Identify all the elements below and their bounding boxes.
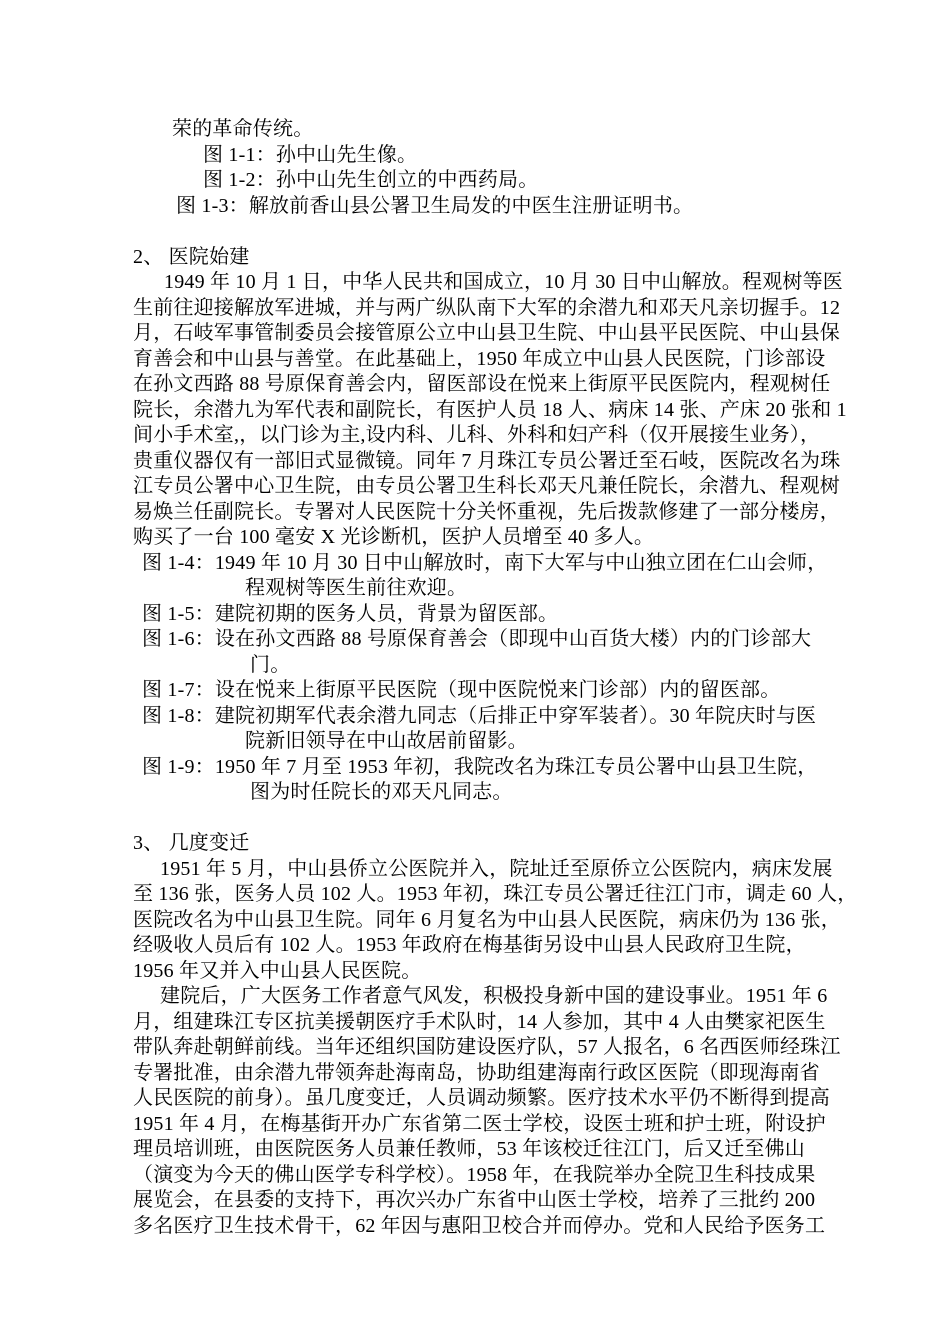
figure-caption-line: 图 1-2：孙中山先生创立的中西药局。 bbox=[133, 168, 823, 194]
figure-caption-line: 图 1-3：解放前香山县公署卫生局发的中医生注册证明书。 bbox=[133, 194, 823, 220]
body-text-line: 至 136 张，医务人员 102 人。1953 年初，珠江专员公署迁往江门市，调… bbox=[133, 882, 823, 908]
body-text-line: 1949 年 10 月 1 日，中华人民共和国成立，10 月 30 日中山解放。… bbox=[133, 270, 823, 296]
figure-caption-line: 图 1-6：设在孙文西路 88 号原保育善会（即现中山百货大楼）内的门诊部大 bbox=[133, 627, 823, 653]
body-text-line: 生前往迎接解放军进城，并与两广纵队南下大军的余潜九和邓天凡亲切握手。12 bbox=[133, 296, 823, 322]
figure-caption-line: 图 1-9：1950 年 7 月至 1953 年初，我院改名为珠江专员公署中山县… bbox=[133, 755, 823, 781]
section-heading: 3、 几度变迁 bbox=[133, 831, 823, 857]
figure-caption-continuation: 院新旧领导在中山故居前留影。 bbox=[133, 729, 823, 755]
body-text-line: 育善会和中山县与善堂。在此基础上，1950 年成立中山县人民医院，门诊部设 bbox=[133, 347, 823, 373]
body-text-line: 荣的革命传统。 bbox=[133, 117, 823, 143]
body-text-line: 带队奔赴朝鲜前线。当年还组织国防建设医疗队，57 人报名，6 名西医师经珠江 bbox=[133, 1035, 823, 1061]
blank-line bbox=[133, 806, 823, 832]
body-text-line: 江专员公署中心卫生院，由专员公署卫生科长邓天凡兼任院长，余潜九、程观树 bbox=[133, 474, 823, 500]
body-text-line: 建院后，广大医务工作者意气风发，积极投身新中国的建设事业。1951 年 6 bbox=[133, 984, 823, 1010]
blank-line bbox=[133, 219, 823, 245]
body-text-line: 理员培训班，由医院医务人员兼任教师，53 年该校迁往江门，后又迁至佛山 bbox=[133, 1137, 823, 1163]
body-text-line: 购买了一台 100 毫安 X 光诊断机，医护人员增至 40 多人。 bbox=[133, 525, 823, 551]
body-text-line: 1951 年 5 月，中山县侨立公医院并入，院址迁至原侨立公医院内，病床发展 bbox=[133, 857, 823, 883]
figure-caption-line: 图 1-7：设在悦来上街原平民医院（现中医院悦来门诊部）内的留医部。 bbox=[133, 678, 823, 704]
body-text-line: 经吸收人员后有 102 人。1953 年政府在梅基街另设中山县人民政府卫生院， bbox=[133, 933, 823, 959]
figure-caption-continuation: 门。 bbox=[133, 653, 823, 679]
body-text-line: 院长，余潜九为军代表和副院长，有医护人员 18 人、病床 14 张、产床 20 … bbox=[133, 398, 823, 424]
figure-caption-line: 图 1-1：孙中山先生像。 bbox=[133, 143, 823, 169]
body-text-line: 月，组建珠江专区抗美援朝医疗手术队时，14 人参加，其中 4 人由樊家祀医生 bbox=[133, 1010, 823, 1036]
body-text-line: 在孙文西路 88 号原保育善会内，留医部设在悦来上街原平民医院内，程观树任 bbox=[133, 372, 823, 398]
body-text-line: （演变为今天的佛山医学专科学校）。1958 年，在我院举办全院卫生科技成果 bbox=[133, 1163, 823, 1189]
figure-caption-line: 图 1-8：建院初期军代表余潜九同志（后排正中穿军装者）。30 年院庆时与医 bbox=[133, 704, 823, 730]
figure-caption-continuation: 图为时任院长的邓天凡同志。 bbox=[133, 780, 823, 806]
body-text-line: 月，石岐军事管制委员会接管原公立中山县卫生院、中山县平民医院、中山县保 bbox=[133, 321, 823, 347]
body-text-line: 多名医疗卫生技术骨干，62 年因与惠阳卫校合并而停办。党和人民给予医务工 bbox=[133, 1214, 823, 1240]
body-text-line: 1951 年 4 月，在梅基街开办广东省第二医士学校，设医士班和护士班，附设护 bbox=[133, 1112, 823, 1138]
body-text-line: 间小手术室,，以门诊为主,设内科、儿科、外科和妇产科（仅开展接生业务）， bbox=[133, 423, 823, 449]
body-text-line: 医院改名为中山县卫生院。同年 6 月复名为中山县人民医院，病床仍为 136 张， bbox=[133, 908, 823, 934]
page-text: 荣的革命传统。图 1-1：孙中山先生像。图 1-2：孙中山先生创立的中西药局。图… bbox=[133, 117, 823, 1239]
section-heading: 2、 医院始建 bbox=[133, 245, 823, 271]
document-page: 荣的革命传统。图 1-1：孙中山先生像。图 1-2：孙中山先生创立的中西药局。图… bbox=[0, 0, 950, 1344]
body-text-line: 1956 年又并入中山县人民医院。 bbox=[133, 959, 823, 985]
figure-caption-continuation: 程观树等医生前往欢迎。 bbox=[133, 576, 823, 602]
figure-caption-line: 图 1-4：1949 年 10 月 30 日中山解放时，南下大军与中山独立团在仁… bbox=[133, 551, 823, 577]
body-text-line: 易焕兰任副院长。专署对人民医院十分关怀重视，先后拨款修建了一部分楼房， bbox=[133, 500, 823, 526]
figure-caption-line: 图 1-5：建院初期的医务人员，背景为留医部。 bbox=[133, 602, 823, 628]
body-text-line: 贵重仪器仅有一部旧式显微镜。同年 7 月珠江专员公署迁至石岐，医院改名为珠 bbox=[133, 449, 823, 475]
body-text-line: 专署批准，由余潜九带领奔赴海南岛，协助组建海南行政区医院（即现海南省 bbox=[133, 1061, 823, 1087]
body-text-line: 展览会，在县委的支持下，再次兴办广东省中山医士学校，培养了三批约 200 bbox=[133, 1188, 823, 1214]
body-text-line: 人民医院的前身）。虽几度变迁，人员调动频繁。医疗技术水平仍不断得到提高 bbox=[133, 1086, 823, 1112]
